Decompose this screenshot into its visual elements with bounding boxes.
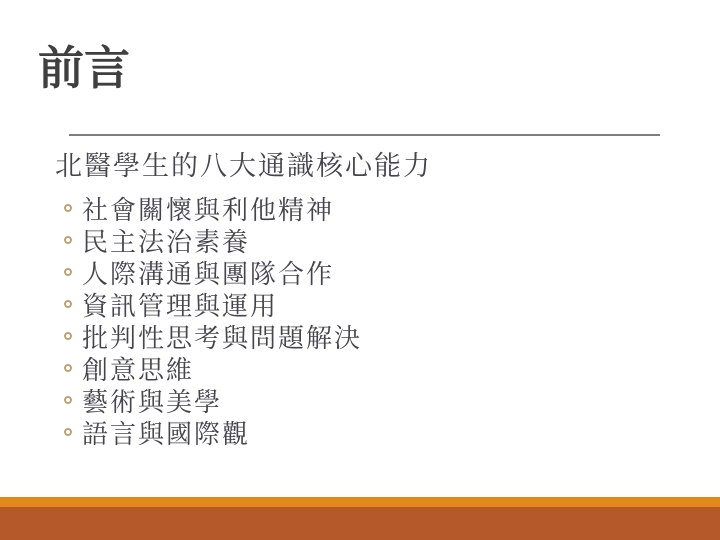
circle-bullet-icon <box>64 300 72 308</box>
list-item: 民主法治素養 <box>64 224 362 256</box>
circle-bullet-icon <box>64 332 72 340</box>
list-item-label: 語言與國際觀 <box>82 414 250 451</box>
circle-bullet-icon <box>64 428 72 436</box>
footer-bar <box>0 507 720 540</box>
list-item: 批判性思考與問題解決 <box>64 320 362 352</box>
footer-accent-bar <box>0 497 720 507</box>
circle-bullet-icon <box>64 204 72 212</box>
circle-bullet-icon <box>64 236 72 244</box>
content-heading: 北醫學生的八大通識核心能力 <box>55 150 432 182</box>
list-item: 創意思維 <box>64 352 362 384</box>
list-item: 藝術與美學 <box>64 384 362 416</box>
list-item: 語言與國際觀 <box>64 416 362 448</box>
circle-bullet-icon <box>64 268 72 276</box>
bullet-list: 社會關懷與利他精神 民主法治素養 人際溝通與團隊合作 資訊管理與運用 批判性思考… <box>64 192 362 448</box>
list-item: 資訊管理與運用 <box>64 288 362 320</box>
title-divider-line <box>69 134 660 136</box>
circle-bullet-icon <box>64 364 72 372</box>
slide-title: 前言 <box>38 44 130 95</box>
circle-bullet-icon <box>64 396 72 404</box>
list-item: 人際溝通與團隊合作 <box>64 256 362 288</box>
presentation-slide: 前言 北醫學生的八大通識核心能力 社會關懷與利他精神 民主法治素養 人際溝通與團… <box>0 0 720 540</box>
list-item: 社會關懷與利他精神 <box>64 192 362 224</box>
